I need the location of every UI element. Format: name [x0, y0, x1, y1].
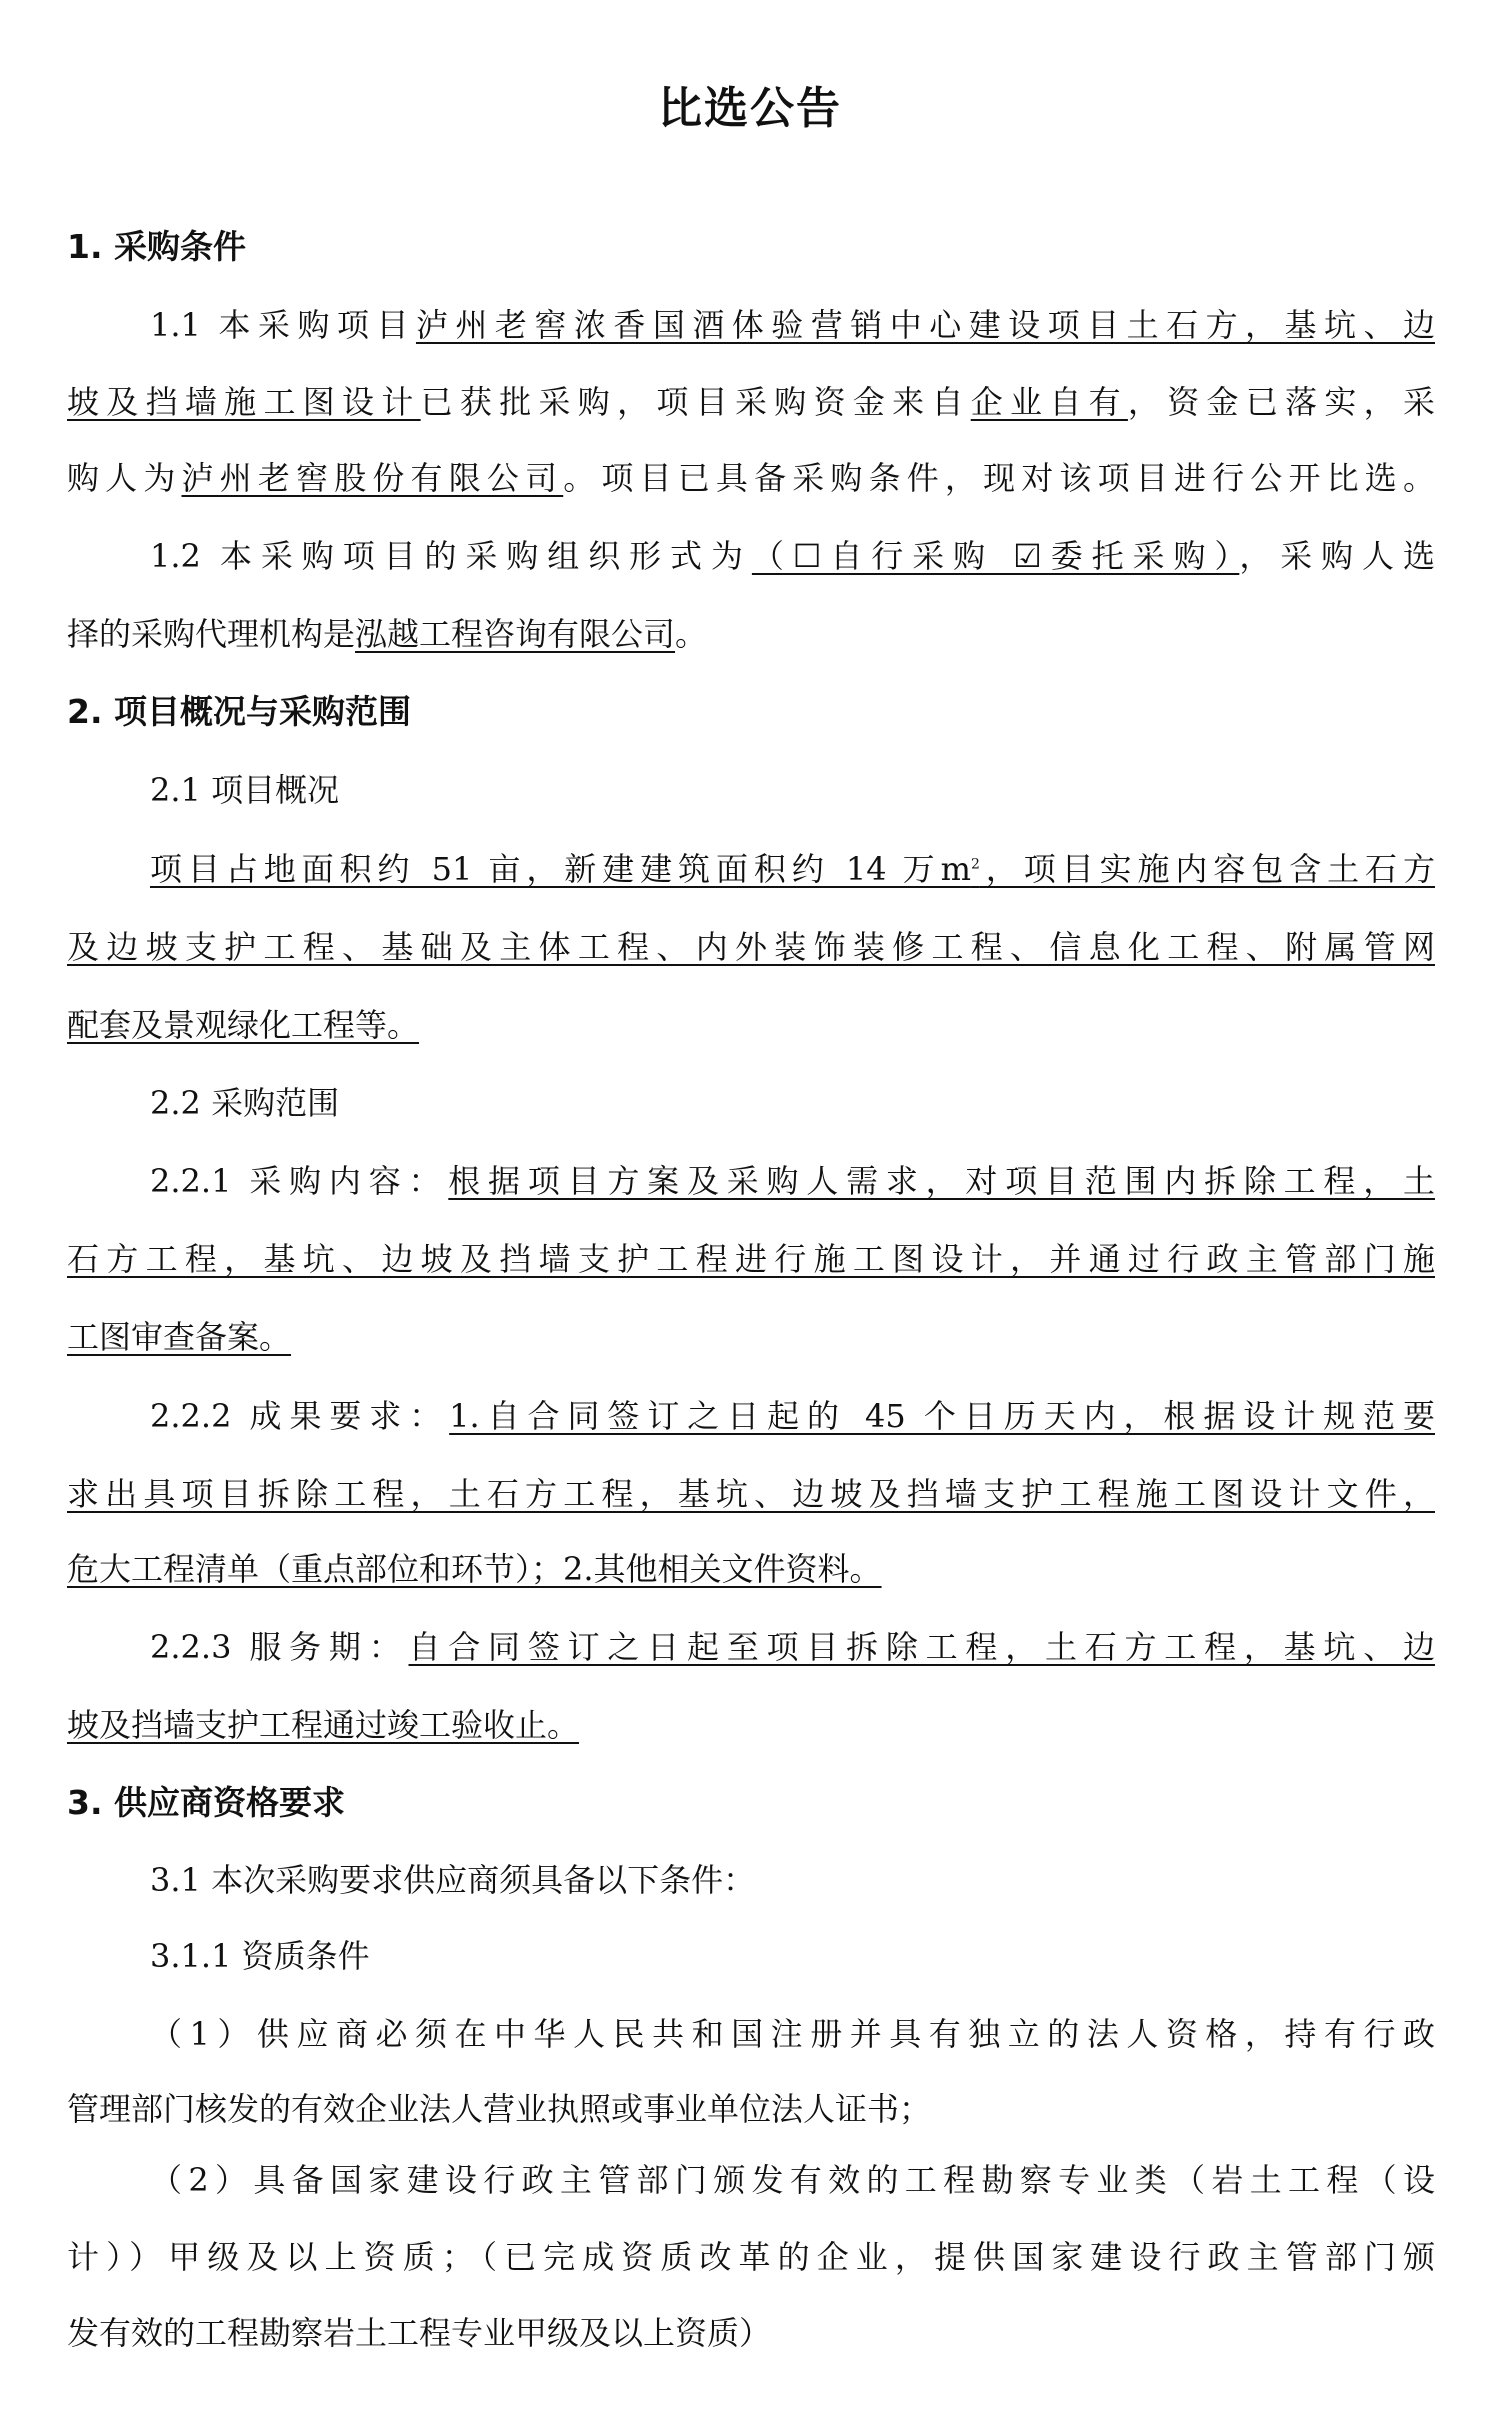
- superscript: 2: [971, 856, 980, 872]
- deliverables-line-3: 危大工程清单（重点部位和环节）；2.其他相关文件资料。: [67, 1547, 1435, 1591]
- text: 1.1 本采购项目: [150, 306, 416, 344]
- text: 。: [675, 615, 707, 653]
- scope-content-line-2: 石方工程，基坑、边坡及挡墙支护工程进行施工图设计，并通过行政主管部门施: [67, 1237, 1435, 1281]
- text: 配套及景观绿化工程等。: [67, 1006, 419, 1044]
- subsection-heading-3-1: 3.1 本次采购要求供应商须具备以下条件：: [150, 1858, 1435, 1902]
- text: 工图审查备案。: [67, 1318, 291, 1356]
- funding-source: 企业自有: [971, 383, 1128, 421]
- text: ，资金已落实，采: [1128, 383, 1435, 421]
- project-overview-line-3: 配套及景观绿化工程等。: [67, 1003, 1435, 1047]
- scope-content-line-1: 2.2.1 采购内容：根据项目方案及采购人需求，对项目范围内拆除工程，土: [150, 1159, 1435, 1203]
- project-name-cont: 坡及挡墙施工图设计: [67, 383, 421, 421]
- paragraph-1-2-line-1: 1.2 本采购项目的采购组织形式为（☐自行采购 ☑委托采购），采购人选: [150, 534, 1435, 578]
- label: 2.2.1 采购内容：: [150, 1162, 448, 1200]
- text: 求出具项目拆除工程，土石方工程，基坑、边坡及挡墙支护工程施工图设计文件，: [67, 1475, 1435, 1513]
- text: 1.自合同签订之日起的 45 个日历天内，根据设计规范要: [449, 1397, 1435, 1435]
- text: 购人为: [67, 459, 182, 497]
- text: 石方工程，基坑、边坡及挡墙支护工程进行施工图设计，并通过行政主管部门施: [67, 1240, 1435, 1278]
- section-heading-3: 3. 供应商资格要求: [67, 1781, 1435, 1825]
- qualification-item-2-line-3: 发有效的工程勘察岩土工程专业甲级及以上资质）: [67, 2311, 1435, 2355]
- agency-name: 泓越工程咨询有限公司: [355, 615, 675, 653]
- text: 项目占地面积约 51 亩，新建建筑面积约 14 万m2，项目实施内容包含土石方: [150, 850, 1435, 888]
- text: 自合同签订之日起至项目拆除工程，土石方工程，基坑、边: [409, 1628, 1435, 1666]
- paragraph-1-2-line-2: 择的采购代理机构是泓越工程咨询有限公司。: [67, 612, 1435, 656]
- text: 项目占地面积约 51 亩，新建建筑面积约 14 万m: [150, 850, 971, 888]
- text: 危大工程清单（重点部位和环节）；2.其他相关文件资料。: [67, 1550, 882, 1588]
- section-heading-1: 1. 采购条件: [67, 225, 1435, 269]
- qualification-item-1-line-2: 管理部门核发的有效企业法人营业执照或事业单位法人证书；: [67, 2087, 1435, 2131]
- procurement-mode-checkboxes: （☐自行采购 ☑委托采购）: [752, 537, 1239, 575]
- paragraph-1-1-line-1: 1.1 本采购项目泸州老窖浓香国酒体验营销中心建设项目土石方，基坑、边: [150, 303, 1435, 347]
- project-name: 泸州老窖浓香国酒体验营销中心建设项目土石方，基坑、边: [416, 306, 1435, 344]
- label: 2.2.3 服务期：: [150, 1628, 409, 1666]
- scope-content-line-3: 工图审查备案。: [67, 1315, 1435, 1359]
- qualification-item-2-line-2: 计））甲级及以上资质；（已完成资质改革的企业，提供国家建设行政主管部门颁: [67, 2235, 1435, 2279]
- qualification-item-2-line-1: （2）具备国家建设行政主管部门颁发有效的工程勘察专业类（岩土工程（设: [150, 2158, 1435, 2202]
- paragraph-1-1-line-2: 坡及挡墙施工图设计已获批采购，项目采购资金来自企业自有，资金已落实，采: [67, 380, 1435, 424]
- service-period-line-2: 坡及挡墙支护工程通过竣工验收止。: [67, 1703, 1435, 1747]
- subsection-heading-3-1-1: 3.1.1 资质条件: [150, 1934, 1435, 1978]
- project-overview-line-1: 项目占地面积约 51 亩，新建建筑面积约 14 万m2，项目实施内容包含土石方: [150, 847, 1435, 891]
- text: 坡及挡墙支护工程通过竣工验收止。: [67, 1706, 579, 1744]
- text: 及边坡支护工程、基础及主体工程、内外装饰装修工程、信息化工程、附属管网: [67, 928, 1435, 966]
- purchaser-name: 泸州老窖股份有限公司: [182, 459, 564, 497]
- text: 1.2 本采购项目的采购组织形式为: [150, 537, 752, 575]
- label: 2.2.2 成果要求：: [150, 1397, 449, 1435]
- subsection-heading-2-1: 2.1 项目概况: [150, 768, 1435, 812]
- page-title: 比选公告: [0, 84, 1500, 134]
- paragraph-1-1-line-3: 购人为泸州老窖股份有限公司。项目已具备采购条件，现对该项目进行公开比选。: [67, 456, 1435, 500]
- project-overview-line-2: 及边坡支护工程、基础及主体工程、内外装饰装修工程、信息化工程、附属管网: [67, 925, 1435, 969]
- text: ，项目实施内容包含土石方: [980, 850, 1435, 888]
- text: 已获批采购，项目采购资金来自: [421, 383, 971, 421]
- deliverables-line-1: 2.2.2 成果要求：1.自合同签订之日起的 45 个日历天内，根据设计规范要: [150, 1394, 1435, 1438]
- text: 择的采购代理机构是: [67, 615, 355, 653]
- service-period-line-1: 2.2.3 服务期：自合同签订之日起至项目拆除工程，土石方工程，基坑、边: [150, 1625, 1435, 1669]
- qualification-item-1-line-1: （1）供应商必须在中华人民共和国注册并具有独立的法人资格，持有行政: [150, 2012, 1435, 2056]
- deliverables-line-2: 求出具项目拆除工程，土石方工程，基坑、边坡及挡墙支护工程施工图设计文件，: [67, 1472, 1435, 1516]
- text: ，采购人选: [1239, 537, 1435, 575]
- text: 。项目已具备采购条件，现对该项目进行公开比选。: [563, 459, 1435, 497]
- text: 根据项目方案及采购人需求，对项目范围内拆除工程，土: [448, 1162, 1435, 1200]
- subsection-heading-2-2: 2.2 采购范围: [150, 1081, 1435, 1125]
- section-heading-2: 2. 项目概况与采购范围: [67, 690, 1435, 734]
